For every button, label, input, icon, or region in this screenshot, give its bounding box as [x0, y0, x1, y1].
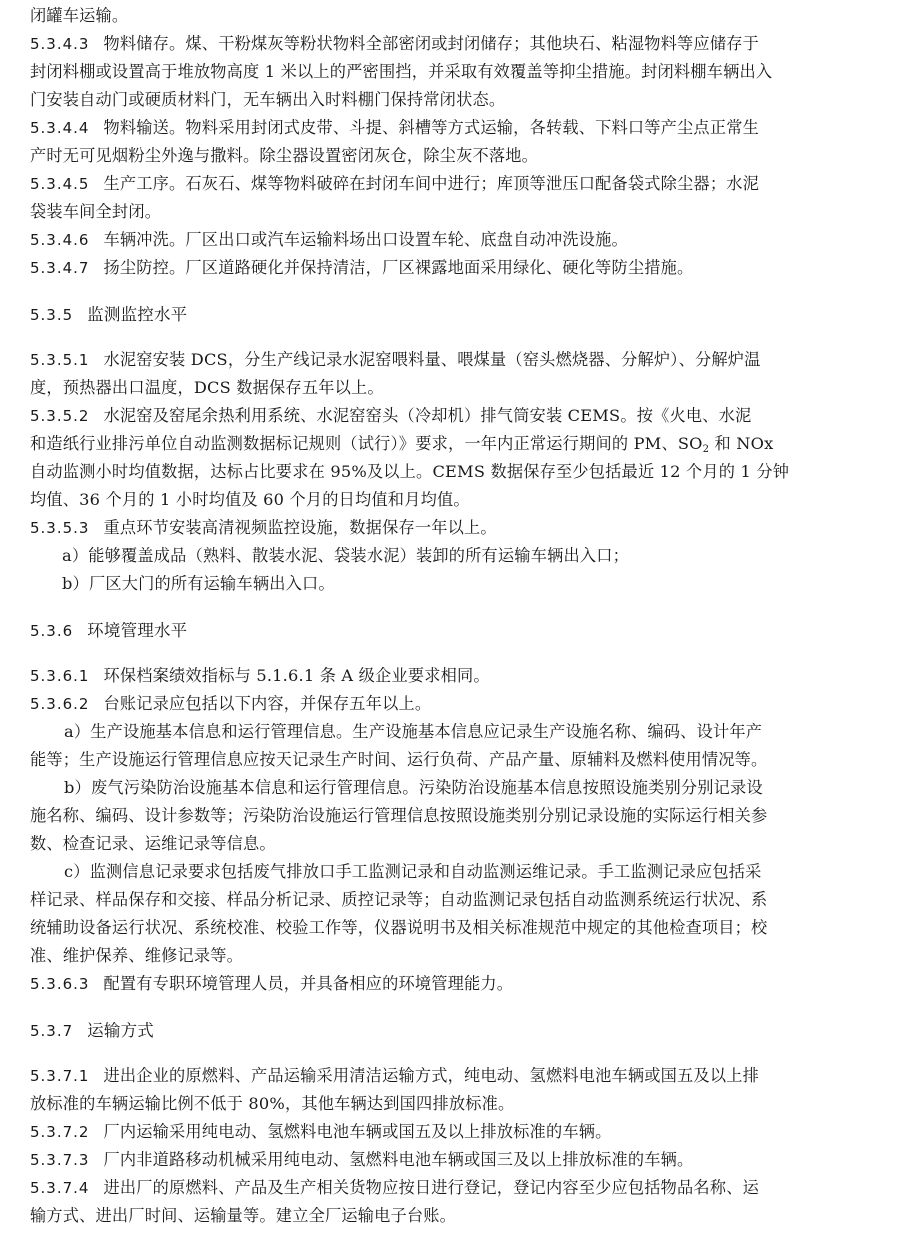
- clause-number: 5.3.5.1: [30, 351, 89, 369]
- clause-5-3-7-2: 5.3.7.2厂内运输采用纯电动、氢燃料电池车辆或国五及以上排放标准的车辆。: [30, 1118, 880, 1146]
- clause-number: 5.3.6.1: [30, 667, 89, 685]
- clause-number: 5.3.7.1: [30, 1067, 89, 1085]
- clause-text: 配置有专职环境管理人员，并具备相应的环境管理能力。: [103, 974, 513, 993]
- clause-text: 均值、36 个月的 1 小时均值及 60 个月的日均值和月均值。: [30, 486, 880, 514]
- list-item-b-cont: 施名称、编码、设计参数等；污染防治设施运行管理信息按照设施类别分别记录设施的实际…: [30, 802, 880, 830]
- clause-5-3-6-2: 5.3.6.2台账记录应包括以下内容，并保存五年以上。 a）生产设施基本信息和运…: [30, 690, 880, 970]
- clause-text: 水泥窑及窑尾余热利用系统、水泥窑窑头（冷却机）排气筒安装 CEMS。按《火电、水…: [103, 406, 751, 425]
- clause-5-3-7-4: 5.3.7.4进出厂的原燃料、产品及生产相关货物应按日进行登记，登记内容至少应包…: [30, 1174, 880, 1230]
- clause-number: 5.3.5.2: [30, 407, 89, 425]
- clause-5-3-4-7: 5.3.4.7扬尘防控。厂区道路硬化并保持清洁，厂区裸露地面采用绿化、硬化等防尘…: [30, 254, 880, 282]
- clause-number: 5.3.4.5: [30, 175, 89, 193]
- clause-number: 5.3.7.3: [30, 1151, 89, 1169]
- clause-5-3-4-3: 5.3.4.3物料储存。煤、干粉煤灰等粉状物料全部密闭或封闭储存；其他块石、粘湿…: [30, 30, 880, 114]
- section-heading-5-3-5: 5.3.5监测监控水平: [30, 301, 880, 329]
- list-item-c-cont: 统辅助设备运行状况、系统校准、校验工作等，仪器说明书及相关标准规范中规定的其他检…: [30, 914, 880, 942]
- clause-text: 输方式、进出厂时间、运输量等。建立全厂运输电子台账。: [30, 1202, 880, 1230]
- clause-text: 物料储存。煤、干粉煤灰等粉状物料全部密闭或封闭储存；其他块石、粘湿物料等应储存于: [103, 34, 759, 53]
- list-item-b: b）废气污染防治设施基本信息和运行管理信息。污染防治设施基本信息按照设施类别分别…: [30, 774, 880, 802]
- list-item-a: a）生产设施基本信息和运行管理信息。生产设施基本信息应记录生产设施名称、编码、设…: [30, 718, 880, 746]
- clause-text: 生产工序。石灰石、煤等物料破碎在封闭车间中进行；库顶等泄压口配备袋式除尘器；水泥: [103, 174, 759, 193]
- clause-number: 5.3.6.2: [30, 695, 89, 713]
- clause-text: 度，预热器出口温度，DCS 数据保存五年以上。: [30, 374, 880, 402]
- clause-5-3-4-4: 5.3.4.4物料输送。物料采用封闭式皮带、斗提、斜槽等方式运输，各转载、下料口…: [30, 114, 880, 170]
- clause-text: 扬尘防控。厂区道路硬化并保持清洁，厂区裸露地面采用绿化、硬化等防尘措施。: [103, 258, 693, 277]
- clause-text: 环保档案绩效指标与 5.1.6.1 条 A 级企业要求相同。: [103, 666, 489, 685]
- clause-text: 袋装车间全封闭。: [30, 198, 880, 226]
- clause-text: 放标准的车辆运输比例不低于 80%，其他车辆达到国四排放标准。: [30, 1090, 880, 1118]
- clause-text: 门安装自动门或硬质材料门，无车辆出入时料棚门保持常闭状态。: [30, 86, 880, 114]
- clause-5-3-7-3: 5.3.7.3厂内非道路移动机械采用纯电动、氢燃料电池车辆或国三及以上排放标准的…: [30, 1146, 880, 1174]
- clause-text: 物料输送。物料采用封闭式皮带、斗提、斜槽等方式运输，各转载、下料口等产尘点正常生: [103, 118, 759, 137]
- clause-number: 5.3.4.3: [30, 35, 89, 53]
- clause-5-3-6-1: 5.3.6.1环保档案绩效指标与 5.1.6.1 条 A 级企业要求相同。: [30, 662, 880, 690]
- clause-number: 5.3.4.4: [30, 119, 89, 137]
- clause-number: 5.3.7.4: [30, 1179, 89, 1197]
- list-item-c: c）监测信息记录要求包括废气排放口手工监测记录和自动监测运维记录。手工监测记录应…: [30, 858, 880, 886]
- list-item-b: b）厂区大门的所有运输车辆出入口。: [30, 570, 880, 598]
- clause-text: 台账记录应包括以下内容，并保存五年以上。: [103, 694, 431, 713]
- clause-5-3-5-3: 5.3.5.3重点环节安装高清视频监控设施，数据保存一年以上。 a）能够覆盖成品…: [30, 514, 880, 598]
- clause-text: 进出厂的原燃料、产品及生产相关货物应按日进行登记，登记内容至少应包括物品名称、运: [103, 1178, 759, 1197]
- clause-text: 产时无可见烟粉尘外逸与撒料。除尘器设置密闭灰仓，除尘灰不落地。: [30, 142, 880, 170]
- clause-5-3-6-3: 5.3.6.3配置有专职环境管理人员，并具备相应的环境管理能力。: [30, 970, 880, 998]
- clause-text: 车辆冲洗。厂区出口或汽车运输料场出口设置车轮、底盘自动冲洗设施。: [103, 230, 627, 249]
- clause-5-3-4-5: 5.3.4.5生产工序。石灰石、煤等物料破碎在封闭车间中进行；库顶等泄压口配备袋…: [30, 170, 880, 226]
- clause-number: 5.3.5.3: [30, 519, 89, 537]
- clause-5-3-5-2: 5.3.5.2水泥窑及窑尾余热利用系统、水泥窑窑头（冷却机）排气筒安装 CEMS…: [30, 402, 880, 514]
- continuation-text: 闭罐车运输。: [30, 2, 880, 30]
- clause-text: 水泥窑安装 DCS，分生产线记录水泥窑喂料量、喂煤量（窑头燃烧器、分解炉）、分解…: [103, 350, 760, 369]
- clause-text: 和造纸行业排污单位自动监测数据标记规则（试行）》要求，一年内正常运行期间的 PM…: [30, 430, 880, 458]
- clause-text: 进出企业的原燃料、产品运输采用清洁运输方式，纯电动、氢燃料电池车辆或国五及以上排: [103, 1066, 759, 1085]
- clause-text: 封闭料棚或设置高于堆放物高度 1 米以上的严密围挡，并采取有效覆盖等抑尘措施。封…: [30, 58, 880, 86]
- clause-text: 自动监测小时均值数据，达标占比要求在 95%及以上。CEMS 数据保存至少包括最…: [30, 458, 880, 486]
- list-item-a-cont: 能等；生产设施运行管理信息应按天记录生产时间、运行负荷、产品产量、原辅料及燃料使…: [30, 746, 880, 774]
- list-item-c-cont: 样记录、样品保存和交接、样品分析记录、质控记录等；自动监测记录包括自动监测系统运…: [30, 886, 880, 914]
- list-item-a: a）能够覆盖成品（熟料、散装水泥、袋装水泥）装卸的所有运输车辆出入口；: [30, 542, 880, 570]
- clause-5-3-7-1: 5.3.7.1进出企业的原燃料、产品运输采用清洁运输方式，纯电动、氢燃料电池车辆…: [30, 1062, 880, 1118]
- clause-number: 5.3.6.3: [30, 975, 89, 993]
- clause-number: 5.3.4.6: [30, 231, 89, 249]
- list-item-c-cont: 准、维护保养、维修记录等。: [30, 942, 880, 970]
- clause-text: 厂内运输采用纯电动、氢燃料电池车辆或国五及以上排放标准的车辆。: [103, 1122, 611, 1141]
- clause-text: 厂内非道路移动机械采用纯电动、氢燃料电池车辆或国三及以上排放标准的车辆。: [103, 1150, 693, 1169]
- clause-5-3-4-6: 5.3.4.6车辆冲洗。厂区出口或汽车运输料场出口设置车轮、底盘自动冲洗设施。: [30, 226, 880, 254]
- section-heading-5-3-7: 5.3.7运输方式: [30, 1017, 880, 1045]
- clause-text: 重点环节安装高清视频监控设施，数据保存一年以上。: [103, 518, 496, 537]
- section-heading-5-3-6: 5.3.6环境管理水平: [30, 617, 880, 645]
- clause-number: 5.3.7.2: [30, 1123, 89, 1141]
- document-page: 闭罐车运输。 5.3.4.3物料储存。煤、干粉煤灰等粉状物料全部密闭或封闭储存；…: [30, 2, 880, 1230]
- list-item-b-cont: 数、检查记录、运维记录等信息。: [30, 830, 880, 858]
- clause-number: 5.3.4.7: [30, 259, 89, 277]
- clause-5-3-5-1: 5.3.5.1水泥窑安装 DCS，分生产线记录水泥窑喂料量、喂煤量（窑头燃烧器、…: [30, 346, 880, 402]
